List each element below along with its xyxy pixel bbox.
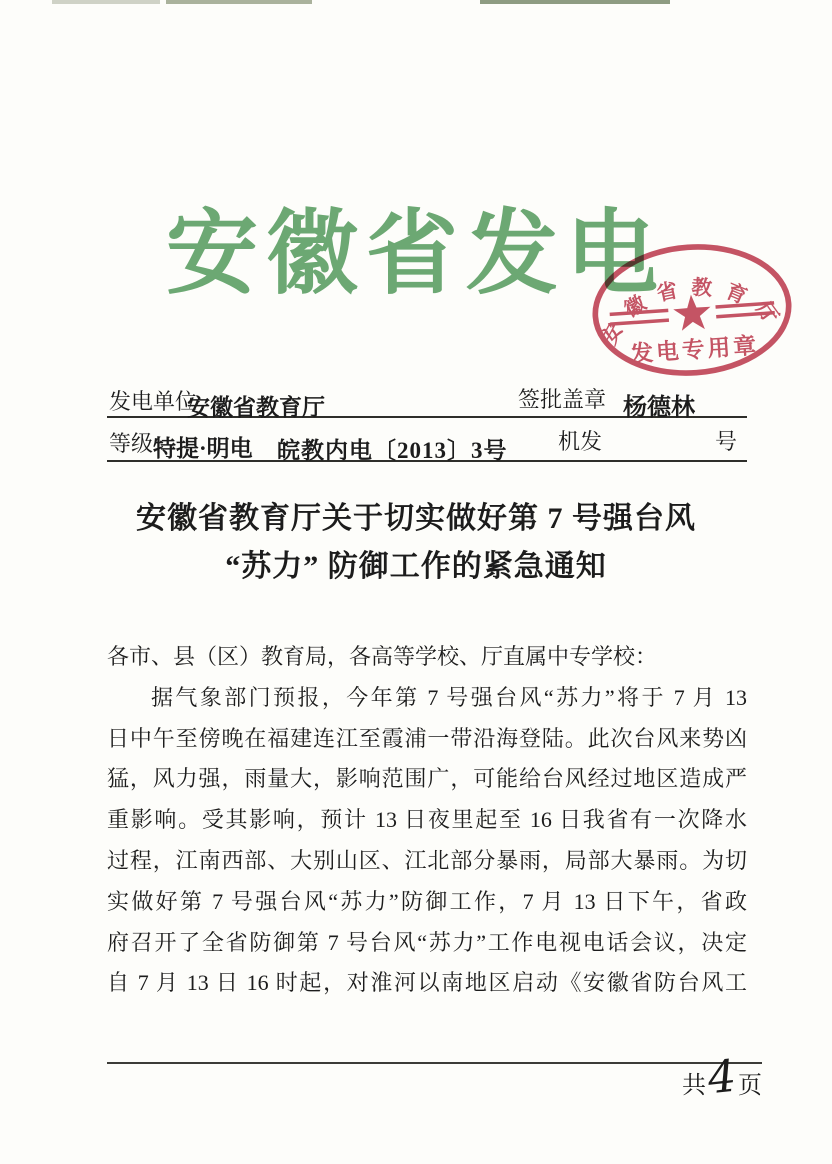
seal-graphic: 安徽省教育厅 发电专用章 [585,235,800,385]
body-line: 猛，风力强，雨量大，影响范围广，可能给台风经过地区造成严 [107,759,747,800]
form-row-sender: 发电单位 安徽省教育厅 签批盖章 杨德林 [107,383,747,418]
page-count: 共 4 页 [620,1064,762,1100]
signature-seal-label: 签批盖章 [518,383,606,414]
telegram-document-page: 安徽省发电 安徽省教育厅 发电专用章 发电单位 安徽省教育厅 签批盖章 杨德林 … [0,0,832,1164]
dispatch-label: 机发 [558,425,602,456]
page-count-prefix: 共 [682,1065,706,1100]
scan-artifact [166,0,312,4]
body-line: 过程，江南西部、大别山区、江北部分暴雨，局部大暴雨。为切 [107,841,747,882]
body-line: 自 7 月 13 日 16 时起，对淮河以南地区启动《安徽省防台风工 [107,963,747,1004]
document-title: 安徽省教育厅关于切实做好第 7 号强台风 “苏力” 防御工作的紧急通知 [0,495,832,591]
form-row-level: 等级 特提·明电 皖教内电〔2013〕3号 机发 号 [107,418,747,462]
level-value: 特提·明电 [153,430,253,463]
body-line: 日中午至傍晚在福建连江至霞浦一带沿海登陆。此次台风来势凶 [107,719,747,760]
title-line-1: 安徽省教育厅关于切实做好第 7 号强台风 [0,495,832,543]
document-number: 皖教内电〔2013〕3号 [277,432,508,465]
sending-unit-label: 发电单位 [109,385,197,416]
salutation-line: 各市、县（区）教育局，各高等学校、厅直属中专学校： [107,637,747,678]
level-label: 等级 [109,427,153,458]
scan-artifact [480,0,670,4]
signature-name: 杨德林 [623,387,695,422]
scan-artifact [52,0,160,4]
document-body: 各市、县（区）教育局，各高等学校、厅直属中专学校： 据气象部门预报，今年第 7 … [107,637,747,1004]
number-suffix-label: 号 [715,425,737,456]
body-line: 实做好第 7 号强台风“苏力”防御工作，7 月 13 日下午，省政 [107,882,747,923]
body-line: 府召开了全省防御第 7 号台风“苏力”工作电视电话会议，决定 [107,923,747,964]
official-seal: 安徽省教育厅 发电专用章 [585,235,800,385]
body-line: 据气象部门预报，今年第 7 号强台风“苏力”将于 7 月 13 [107,678,747,719]
telegram-form: 发电单位 安徽省教育厅 签批盖章 杨德林 等级 特提·明电 皖教内电〔2013〕… [107,383,747,462]
body-line: 重影响。受其影响，预计 13 日夜里起至 16 日我省有一次降水 [107,800,747,841]
page-count-number-handwritten: 4 [706,1055,738,1102]
title-line-2: “苏力” 防御工作的紧急通知 [0,543,832,591]
page-count-suffix: 页 [738,1065,762,1100]
